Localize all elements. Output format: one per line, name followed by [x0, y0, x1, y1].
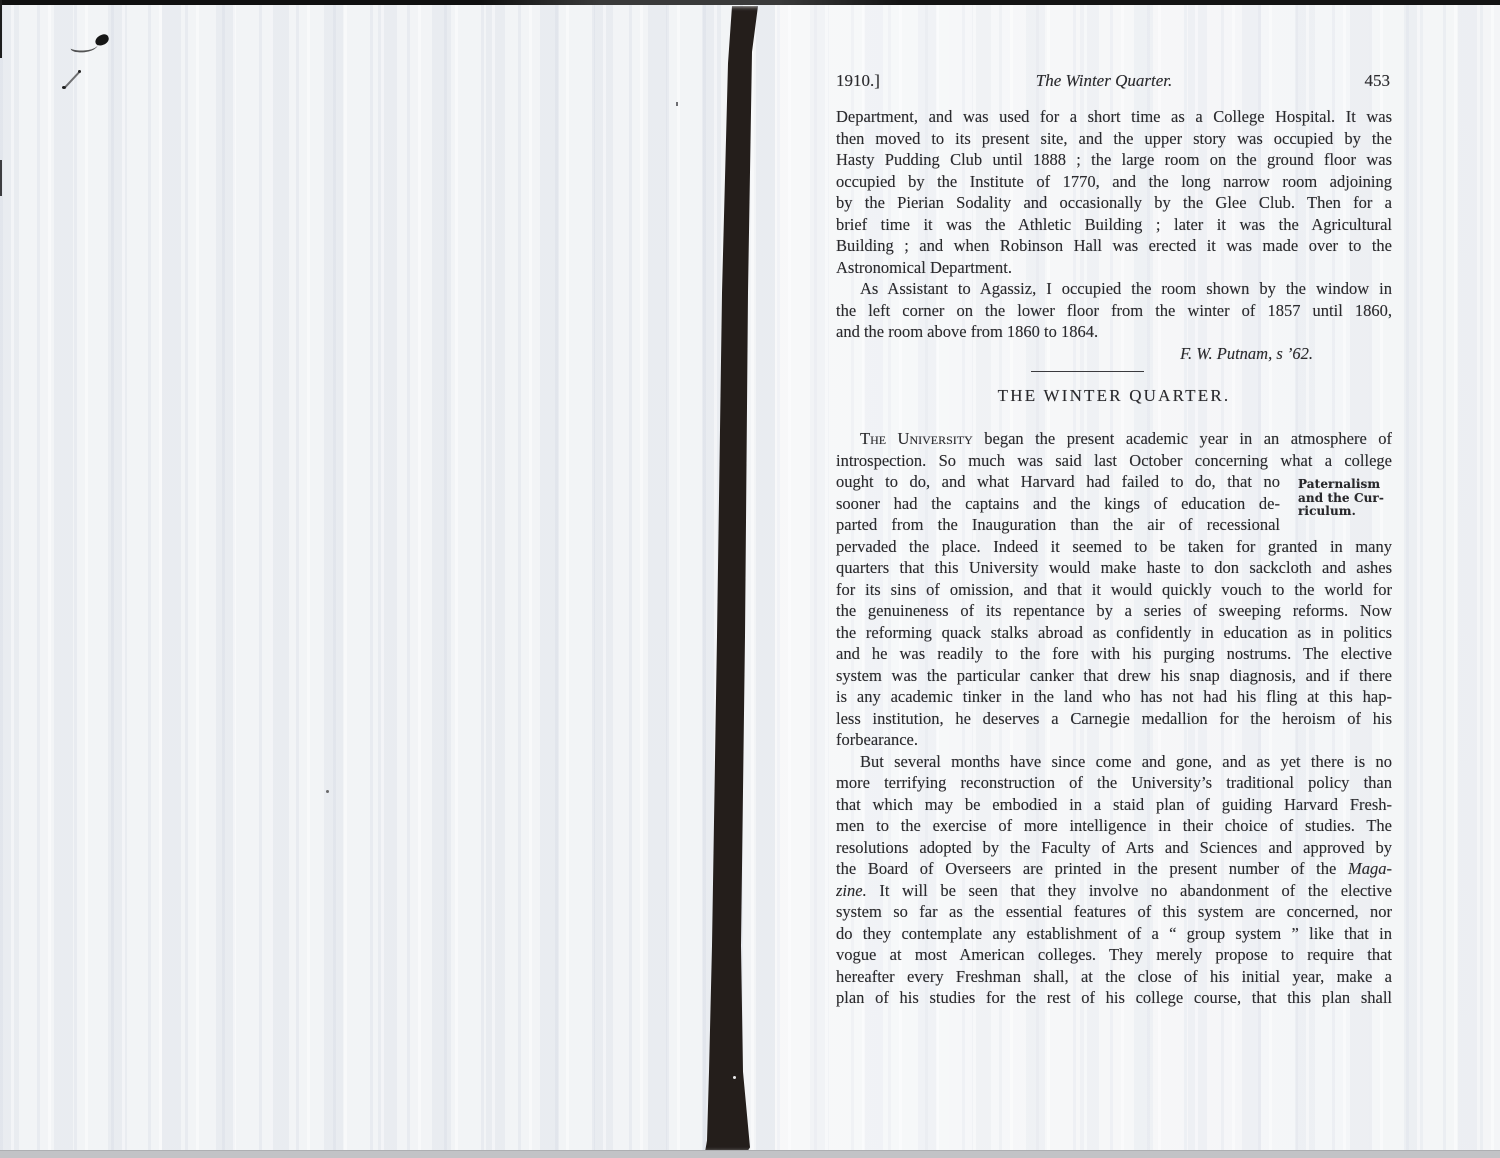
ink-mark [70, 38, 98, 55]
text-line: Hasty Pudding Club until 1888 ; the larg… [836, 149, 1392, 171]
text-line: plan of his studies for the rest of his … [836, 987, 1392, 1009]
scan-top-edge [0, 0, 1500, 5]
text-line: The University began the present academi… [836, 428, 1392, 450]
text-line: the genuineness of its repentance by a s… [836, 600, 1392, 622]
text-line: sooner had the captains and the kings of… [836, 493, 1280, 515]
text-line: pervaded the place. Indeed it seemed to … [836, 536, 1392, 558]
text-line: that which may be embodied in a staid pl… [836, 794, 1392, 816]
ink-mark [64, 71, 80, 88]
paragraph: As Assistant to Agassiz, I occupied the … [836, 278, 1392, 343]
book-binding-shadow [695, 6, 765, 1152]
text-line: But several months have since come and g… [836, 751, 1392, 773]
author-signature: F. W. Putnam, s ’62. [836, 343, 1392, 365]
text-line: Building ; and when Robinson Hall was er… [836, 235, 1392, 257]
text-line: Department, and was used for a short tim… [836, 106, 1392, 128]
text-line: do they contemplate any establishment of… [836, 923, 1392, 945]
text-line: hereafter every Freshman shall, at the c… [836, 966, 1392, 988]
text-line: and the room above from 1860 to 1864. [836, 321, 1392, 343]
text-line: men to the exercise of more intelligence… [836, 815, 1392, 837]
text-line: brief time it was the Athletic Building … [836, 214, 1392, 236]
text-line: and he was readily to the fore with his … [836, 643, 1392, 665]
running-title: The Winter Quarter. [836, 70, 1372, 92]
page-number: 453 [1365, 70, 1391, 92]
text-line: system so far as the essential features … [836, 901, 1392, 923]
text-line: then moved to its present site, and the … [836, 128, 1392, 150]
dust-speck [326, 790, 329, 793]
text-line: by the Pierian Sodality and occasionally… [836, 192, 1392, 214]
text-line: less institution, he deserves a Carnegie… [836, 708, 1392, 730]
section-heading: THE WINTER QUARTER. [836, 385, 1392, 409]
scanned-book-page: 1910.] The Winter Quarter. 453 Departmen… [0, 0, 1500, 1158]
text-line: system was the particular canker that dr… [836, 665, 1392, 687]
text-line: As Assistant to Agassiz, I occupied the … [836, 278, 1392, 300]
paragraph: Paternalism and the Cur-riculum. The Uni… [836, 428, 1392, 751]
text-line: Astronomical Department. [836, 257, 1392, 279]
section-divider [1031, 371, 1144, 372]
page-header: 1910.] The Winter Quarter. 453 [836, 70, 1392, 92]
margin-sidenote: Paternalism and the Cur-riculum. [1298, 478, 1386, 519]
page-content: 1910.] The Winter Quarter. 453 Departmen… [836, 70, 1392, 1009]
text-line: is any academic tinker in the land who h… [836, 686, 1392, 708]
text-line: the left corner on the lower floor from … [836, 300, 1392, 322]
text-line: ought to do, and what Harvard had failed… [836, 471, 1280, 493]
paragraph: Department, and was used for a short tim… [836, 106, 1392, 278]
text-line: introspection. So much was said last Oct… [836, 450, 1392, 472]
text-line: more terrifying reconstruction of the Un… [836, 772, 1392, 794]
text-line: occupied by the Institute of 1770, and t… [836, 171, 1392, 193]
text-line: the reforming quack stalks abroad as con… [836, 622, 1392, 644]
text-line: the Board of Overseers are printed in th… [836, 858, 1392, 880]
text-line: parted from the Inauguration than the ai… [836, 514, 1280, 536]
text-line: forbearance. [836, 729, 1392, 751]
dust-fleck [733, 1076, 736, 1079]
scan-left-edge [0, 0, 2, 58]
scan-bottom-edge [0, 1150, 1500, 1158]
paragraph: But several months have since come and g… [836, 751, 1392, 1009]
text-line: for its sins of omission, and that it wo… [836, 579, 1392, 601]
text-line: vogue at most American colleges. They me… [836, 944, 1392, 966]
text-line: quarters that this University would make… [836, 557, 1392, 579]
scan-left-edge [0, 160, 2, 196]
text-line: resolutions adopted by the Faculty of Ar… [836, 837, 1392, 859]
text-line: zine. It will be seen that they involve … [836, 880, 1392, 902]
dust-speck [676, 102, 678, 106]
